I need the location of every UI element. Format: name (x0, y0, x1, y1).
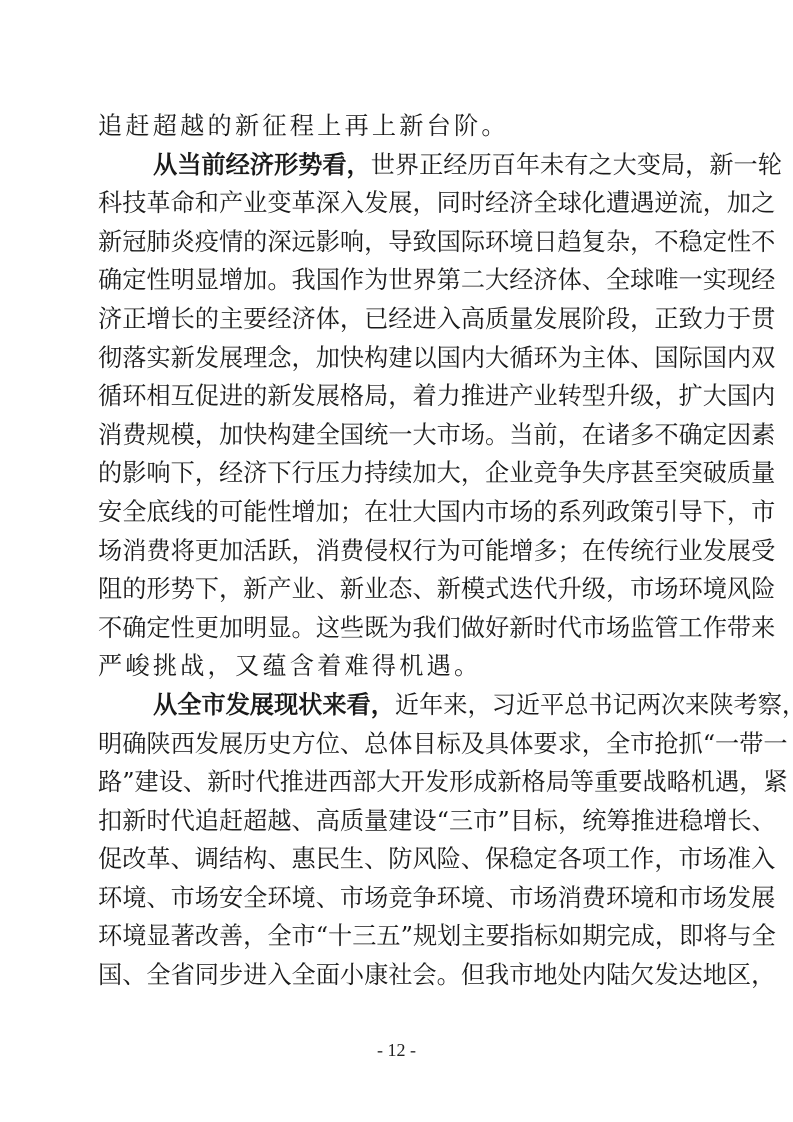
text-line: 确定性明显增加。我国作为世界第二大经济体、全球唯一实现经 (98, 261, 702, 300)
text-line: 消费规模，加快构建全国统一大市场。当前，在诸多不确定因素 (98, 416, 702, 455)
text-line: 安全底线的可能性增加；在壮大国内市场的系列政策引导下，市 (98, 493, 702, 532)
text-line: 环境显著改善，全市“十三五”规划主要指标如期完成，即将与全 (98, 917, 702, 956)
text-span: 近年来，习近平总书记两次来陕考察， (395, 691, 793, 719)
text-line: 场消费将更加活跃，消费侵权行为可能增多；在传统行业发展受 (98, 532, 702, 571)
text-line: 彻落实新发展理念，加快构建以国内大循环为主体、国际国内双 (98, 339, 702, 378)
text-span: 世界正经历百年未有之大变局，新一轮 (371, 151, 782, 179)
text-line: 新冠肺炎疫情的深远影响，导致国际环境日趋复杂，不稳定性不 (98, 223, 702, 262)
text-line: 扣新时代追赶超越、高质量建设“三市”目标，统筹推进稳增长、 (98, 802, 702, 841)
text-line: 的影响下，经济下行压力持续加大，企业竞争失序甚至突破质量 (98, 454, 702, 493)
page-number: - 12 - (0, 1040, 793, 1061)
text-line: 循环相互促进的新发展格局，着力推进产业转型升级，扩大国内 (98, 377, 702, 416)
text-line: 环境、市场安全环境、市场竞争环境、市场消费环境和市场发展 (98, 879, 702, 918)
text-line: 科技革命和产业变革深入发展，同时经济全球化遭遇逆流，加之 (98, 184, 702, 223)
document-page: 追赶超越的新征程上再上新台阶。 从当前经济形势看，世界正经历百年未有之大变局，新… (98, 107, 702, 995)
text-line: 阻的形势下，新产业、新业态、新模式迭代升级，市场环境风险 (98, 570, 702, 609)
paragraph-heading: 从全市发展现状来看， (153, 691, 395, 719)
text-line: 国、全省同步进入全面小康社会。但我市地处内陆欠发达地区， (98, 956, 702, 995)
text-line: 严峻挑战，又蕴含着难得机遇。 (98, 647, 702, 686)
text-line: 不确定性更加明显。这些既为我们做好新时代市场监管工作带来 (98, 609, 702, 648)
text-line: 促改革、调结构、惠民生、防风险、保稳定各项工作，市场准入 (98, 840, 702, 879)
text-line: 济正增长的主要经济体，已经进入高质量发展阶段，正致力于贯 (98, 300, 702, 339)
paragraph-first-line: 从全市发展现状来看，近年来，习近平总书记两次来陕考察， (98, 686, 702, 725)
text-line: 路”建设、新时代推进西部大开发形成新格局等重要战略机遇，紧 (98, 763, 702, 802)
paragraph-heading: 从当前经济形势看， (153, 151, 371, 179)
text-line: 明确陕西发展历史方位、总体目标及具体要求，全市抢抓“一带一 (98, 725, 702, 764)
text-line: 追赶超越的新征程上再上新台阶。 (98, 107, 702, 146)
paragraph-first-line: 从当前经济形势看，世界正经历百年未有之大变局，新一轮 (98, 146, 702, 185)
